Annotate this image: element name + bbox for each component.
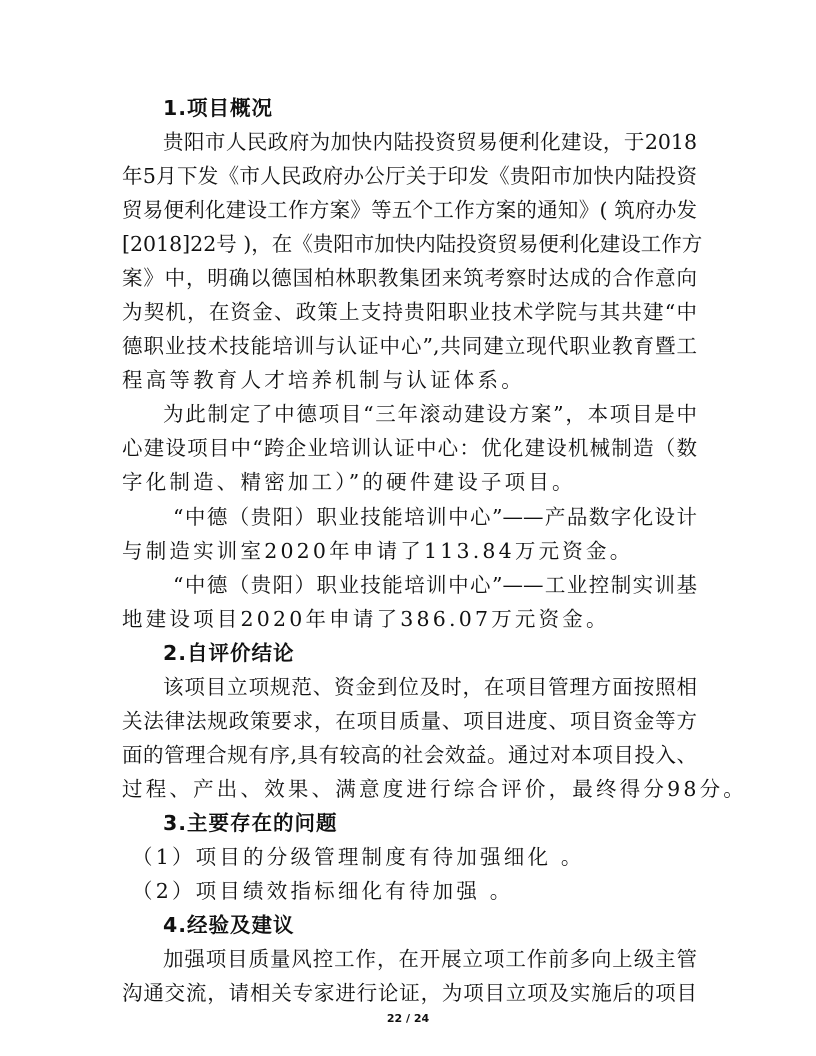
paragraph-line: 过程、产出、效果、满意度进行综合评价，最终得分98分。 — [122, 772, 697, 806]
list-item: （1）项目的分级管理制度有待加强细化 。 — [132, 840, 707, 874]
paragraph-line: 为契机，在资金、政策上支持贵阳职业技术学院与其共建“中 — [122, 295, 697, 329]
paragraph-line: 心建设项目中“跨企业培训认证中心：优化建设机械制造（数 — [122, 431, 697, 465]
paragraph-line: 贸易便利化建设工作方案》等五个工作方案的通知》( 筑府办发 — [122, 193, 697, 227]
paragraph-line: 案》中，明确以德国柏林职教集团来筑考察时达成的合作意向 — [122, 261, 697, 295]
paragraph-line: 贵阳市人民政府为加快内陆投资贸易便利化建设，于2018 — [163, 125, 697, 159]
paragraph-line: 字化制造、精密加工）”的硬件建设子项目。 — [122, 465, 697, 499]
paragraph-line: 地建设项目2020年申请了386.07万元资金。 — [122, 602, 697, 636]
paragraph-line: 关法律法规政策要求，在项目质量、项目进度、项目资金等方 — [122, 704, 697, 738]
section-heading-suggestions: 4.经验及建议 — [163, 908, 738, 942]
paragraph-line: 德职业技术技能培训与认证中心”,共同建立现代职业教育暨工 — [122, 329, 697, 363]
paragraph-line: 加强项目质量风控工作，在开展立项工作前多向上级主管 — [163, 942, 697, 976]
paragraph-line: 该项目立项规范、资金到位及时，在项目管理方面按照相 — [163, 670, 697, 704]
paragraph-line: 年5月下发《市人民政府办公厅关于印发《贵阳市加快内陆投资 — [122, 159, 697, 193]
section-heading-problems: 3.主要存在的问题 — [163, 806, 738, 840]
paragraph-line: 程高等教育人才培养机制与认证体系。 — [122, 363, 697, 397]
paragraph-line: 与制造实训室2020年申请了113.84万元资金。 — [122, 534, 697, 568]
page-number: 22 / 24 — [0, 1012, 816, 1025]
document-page: 1.项目概况 贵阳市人民政府为加快内陆投资贸易便利化建设，于2018 年5月下发… — [0, 0, 816, 1056]
paragraph-line: 面的管理合规有序,具有较高的社会效益。通过对本项目投入、 — [122, 738, 697, 772]
paragraph-line: “中德（贵阳）职业技能培训中心”——工业控制实训基 — [173, 568, 697, 602]
section-heading-overview: 1.项目概况 — [163, 91, 738, 125]
paragraph-line: 沟通交流，请相关专家进行论证，为项目立项及实施后的项目 — [122, 976, 697, 1010]
paragraph-line: 为此制定了中德项目“三年滚动建设方案”，本项目是中 — [163, 397, 697, 431]
list-item: （2）项目绩效指标细化有待加强 。 — [132, 874, 707, 908]
paragraph-line: [2018]22号 )，在《贵阳市加快内陆投资贸易便利化建设工作方 — [122, 227, 697, 261]
section-heading-self-evaluation: 2.自评价结论 — [163, 636, 738, 670]
paragraph-line: “中德（贵阳）职业技能培训中心”——产品数字化设计 — [173, 500, 697, 534]
